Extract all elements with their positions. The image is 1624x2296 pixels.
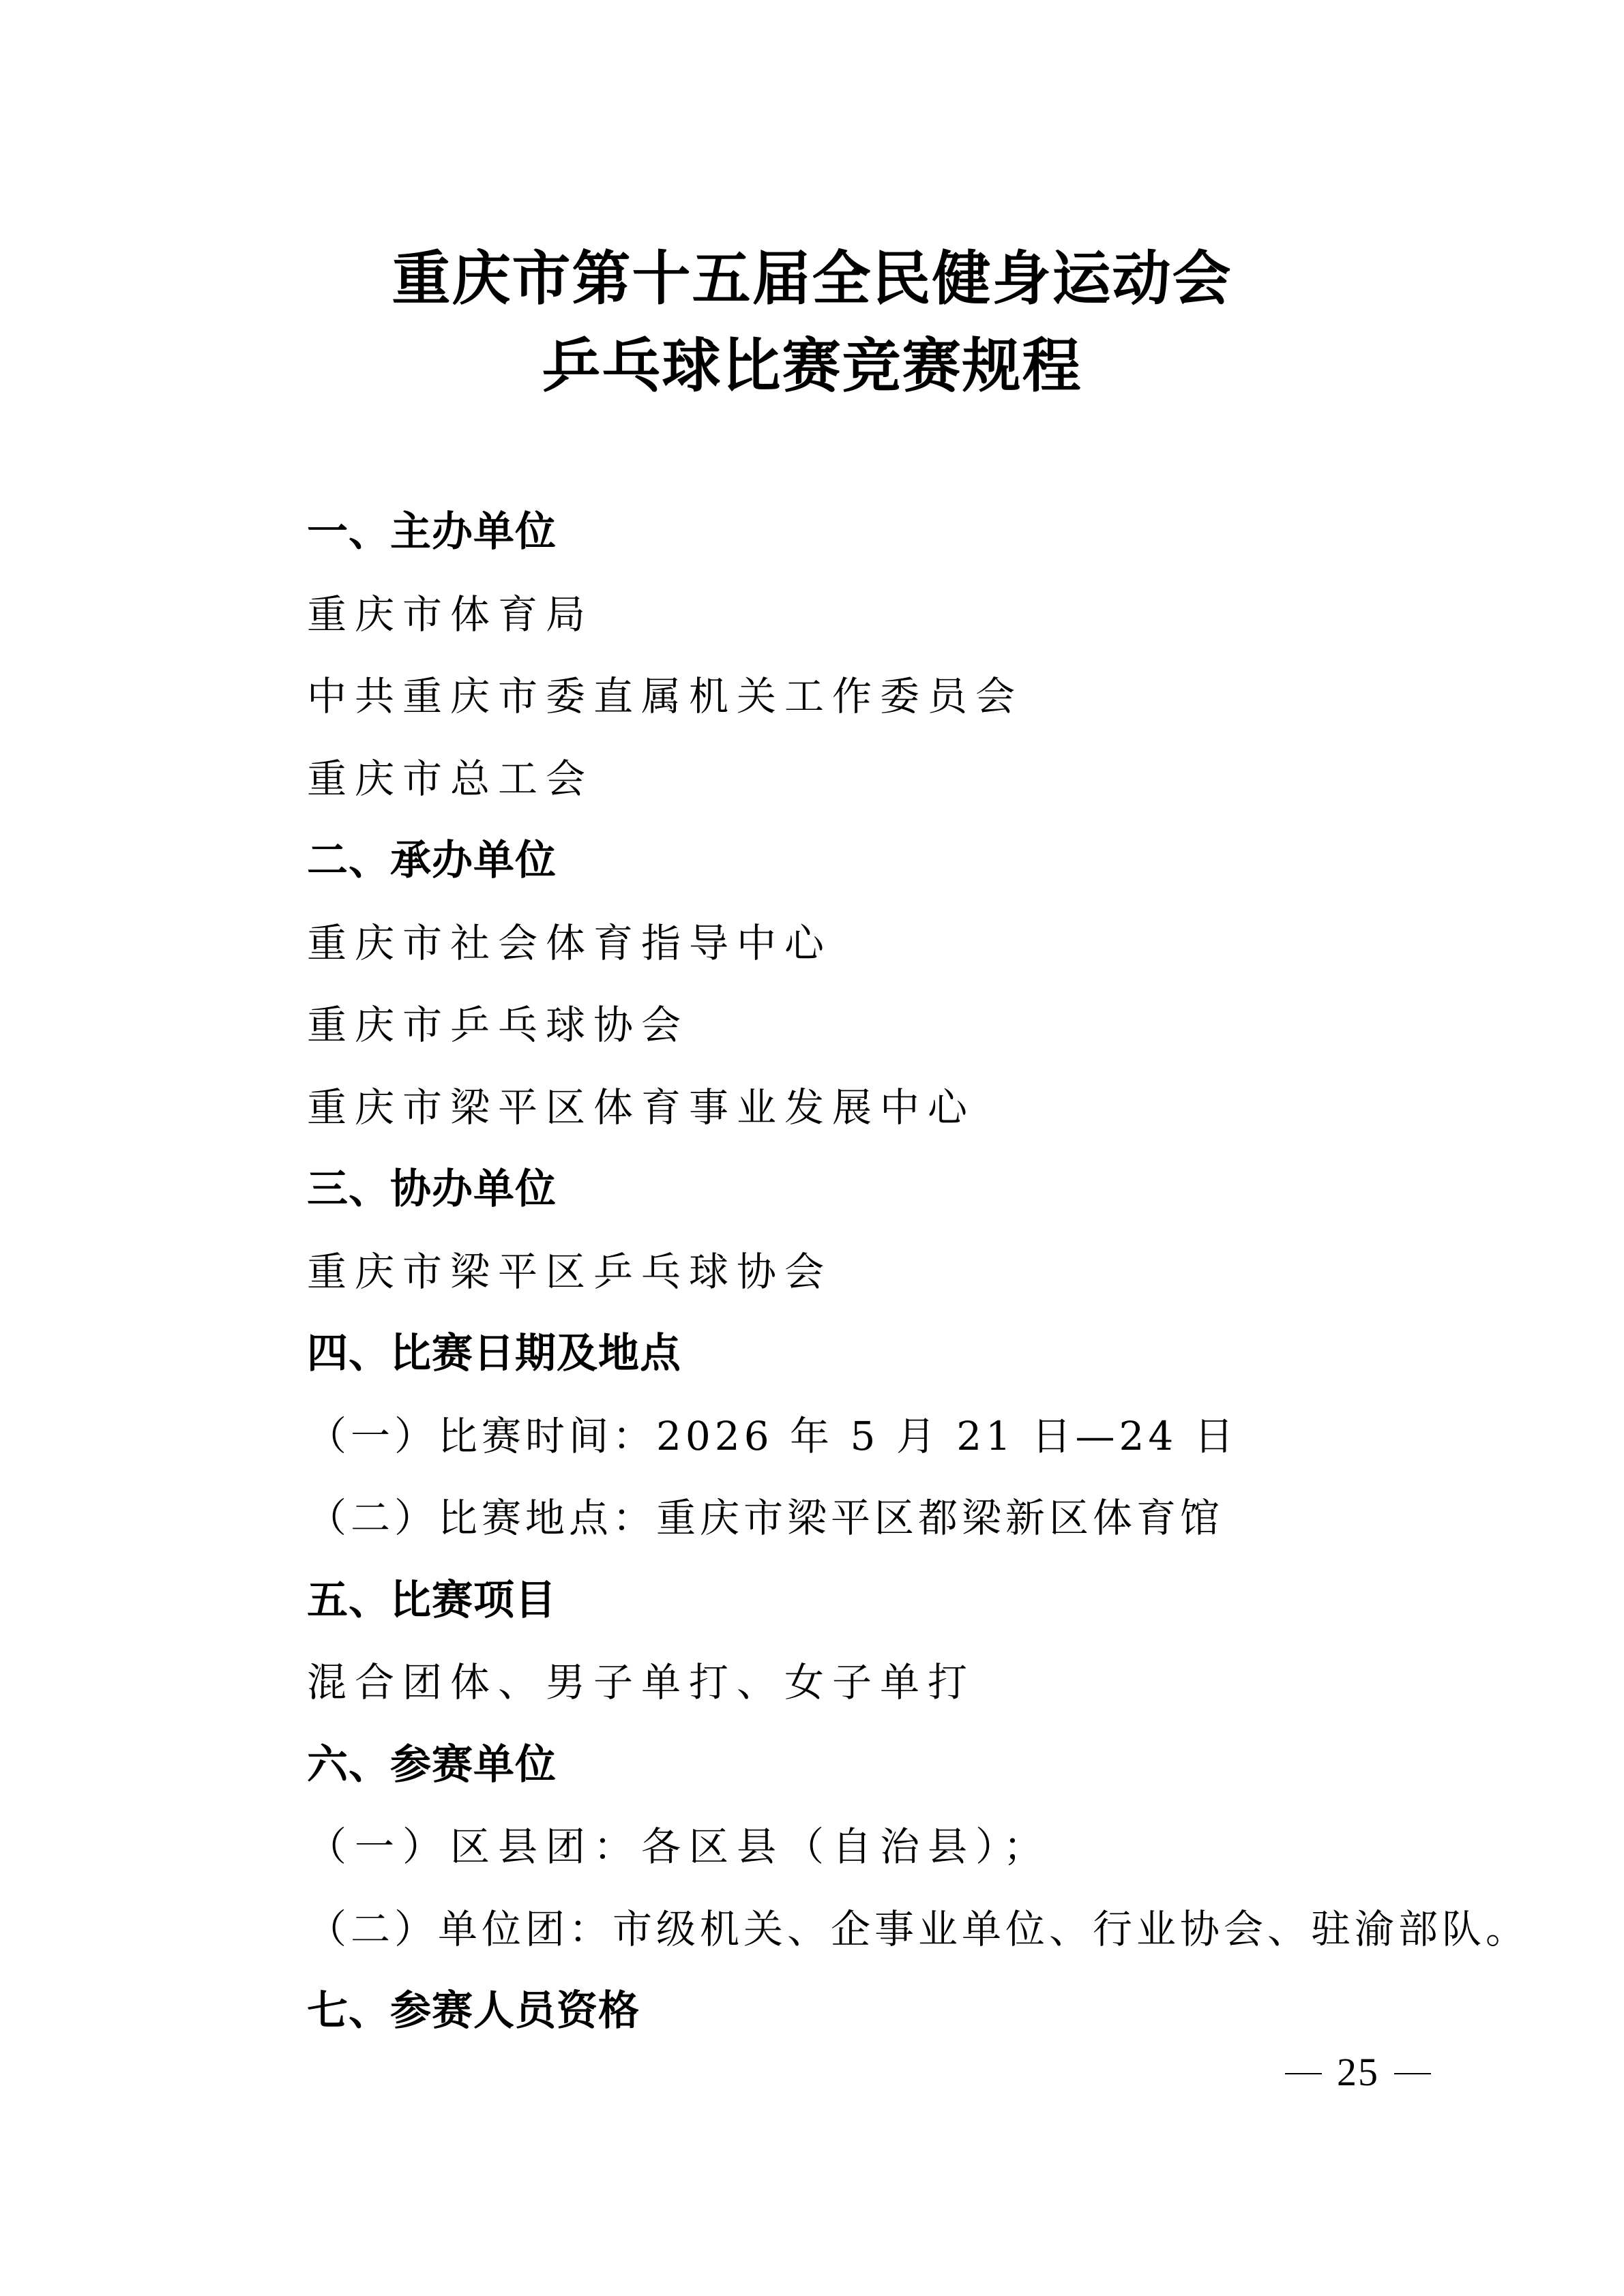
organizer-item: 重庆市体育局 <box>307 573 1535 656</box>
participant-item: （二）单位团：市级机关、企事业单位、行业协会、驻渝部队。 <box>307 1888 1535 1971</box>
section-heading-date-venue: 四、比赛日期及地点 <box>307 1313 1535 1395</box>
document-body: 一、主办单位 重庆市体育局 中共重庆市委直属机关工作委员会 重庆市总工会 二、承… <box>307 491 1535 2053</box>
title-line-1: 重庆市第十五届全民健身运动会 <box>0 235 1624 323</box>
page-number-dash-right <box>1394 2073 1431 2074</box>
co-organizer-item: 重庆市梁平区乒乓球协会 <box>307 1231 1535 1313</box>
document-page: 重庆市第十五届全民健身运动会 乒乓球比赛竞赛规程 一、主办单位 重庆市体育局 中… <box>0 0 1624 2296</box>
host-item: 重庆市乒乓球协会 <box>307 984 1535 1067</box>
host-item: 重庆市社会体育指导中心 <box>307 902 1535 985</box>
section-heading-eligibility: 七、参赛人员资格 <box>307 1970 1535 2053</box>
section-heading-events: 五、比赛项目 <box>307 1560 1535 1642</box>
competition-venue: （二）比赛地点：重庆市梁平区都梁新区体育馆 <box>307 1477 1535 1560</box>
participant-item: （一）区县团：各区县（自治县）； <box>307 1806 1535 1888</box>
organizer-item: 中共重庆市委直属机关工作委员会 <box>307 655 1535 738</box>
page-number: 25 <box>1270 2049 1446 2095</box>
page-number-dash-left <box>1285 2073 1322 2074</box>
page-number-value: 25 <box>1337 2050 1379 2094</box>
organizer-item: 重庆市总工会 <box>307 738 1535 820</box>
host-item: 重庆市梁平区体育事业发展中心 <box>307 1067 1535 1149</box>
section-heading-co-organizers: 三、协办单位 <box>307 1148 1535 1231</box>
competition-time: （一）比赛时间：2026 年 5 月 21 日—24 日 <box>307 1395 1535 1478</box>
document-title: 重庆市第十五届全民健身运动会 乒乓球比赛竞赛规程 <box>0 235 1624 410</box>
section-heading-hosts: 二、承办单位 <box>307 820 1535 902</box>
section-heading-participants: 六、参赛单位 <box>307 1724 1535 1806</box>
title-line-2: 乒乓球比赛竞赛规程 <box>0 323 1624 410</box>
events-list: 混合团体、男子单打、女子单打 <box>307 1641 1535 1724</box>
section-heading-organizers: 一、主办单位 <box>307 491 1535 573</box>
